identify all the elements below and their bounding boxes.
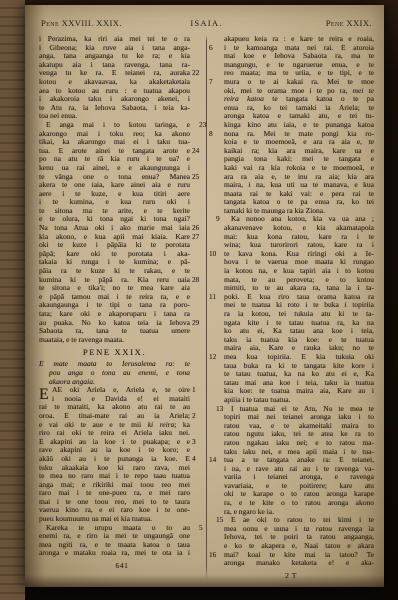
verse-number: 25 [192, 173, 205, 182]
verse-number: 14 [209, 456, 221, 465]
verse-number: 28 [192, 276, 205, 285]
verse-number: 22 [192, 69, 205, 78]
verse-number: 3 [192, 438, 205, 447]
verse-number: 29 [192, 319, 205, 328]
text-line: aronga e mataku roaia ra, mei te ota ia … [39, 549, 205, 558]
verse-number: 12 [209, 353, 221, 362]
text-columns: i Perazima, ka riri aia mei tei te o rai… [39, 35, 374, 580]
text-line: aronga manako ketaketa e! e aka- [208, 559, 374, 568]
right-column-lines: akapueu keia ra : e kare te reira e roai… [208, 35, 374, 568]
left-column-lines: i Perazima, ka riri aia mei tei te o rai… [39, 35, 205, 558]
verse-number: 27 [192, 233, 205, 242]
verse-number: 13 [209, 405, 221, 414]
verse-number: 2 [192, 412, 205, 421]
verse-number: 10 [209, 250, 221, 259]
signature-mark: 2 T [208, 571, 374, 580]
verse-number: 11 [209, 293, 221, 302]
running-head-right: Pene XXIX. [262, 18, 372, 28]
chapter-heading: PENE XXIX. [39, 348, 205, 357]
verse-number: 4 [192, 455, 205, 464]
book-page: Pene XXVIII. XXIX. ISAIA. Pene XXIX. i P… [25, 5, 384, 587]
verse-number: 5 [192, 524, 205, 533]
running-head: Pene XXVIII. XXIX. ISAIA. Pene XXIX. [41, 18, 372, 28]
verse-number: 1 [192, 386, 205, 395]
running-head-title: ISAIA. [151, 18, 261, 28]
verse-number: 7 [209, 78, 221, 87]
column-divider [206, 35, 207, 580]
running-head-left: Pene XXVIII. XXIX. [41, 18, 151, 28]
verse-number: 8 [209, 130, 221, 139]
verse-number: 9 [209, 215, 221, 224]
verse-number: 15 [209, 516, 221, 525]
right-column: akapueu keia ra : e kare te reira e roai… [208, 35, 374, 580]
verse-number: 16 [209, 551, 221, 560]
page-number: 641 [39, 561, 205, 570]
verse-number: 6 [209, 44, 221, 53]
left-column: i Perazima, ka riri aia mei tei te o rai… [39, 35, 205, 580]
text-line: maataia, e te ravenga maata. [39, 336, 205, 345]
book-page-edges [0, 0, 25, 600]
verse-number: 24 [192, 147, 205, 156]
verse-number: 23 [192, 121, 205, 130]
book-photo: Pene XXVIII. XXIX. ISAIA. Pene XXIX. i P… [0, 0, 398, 600]
